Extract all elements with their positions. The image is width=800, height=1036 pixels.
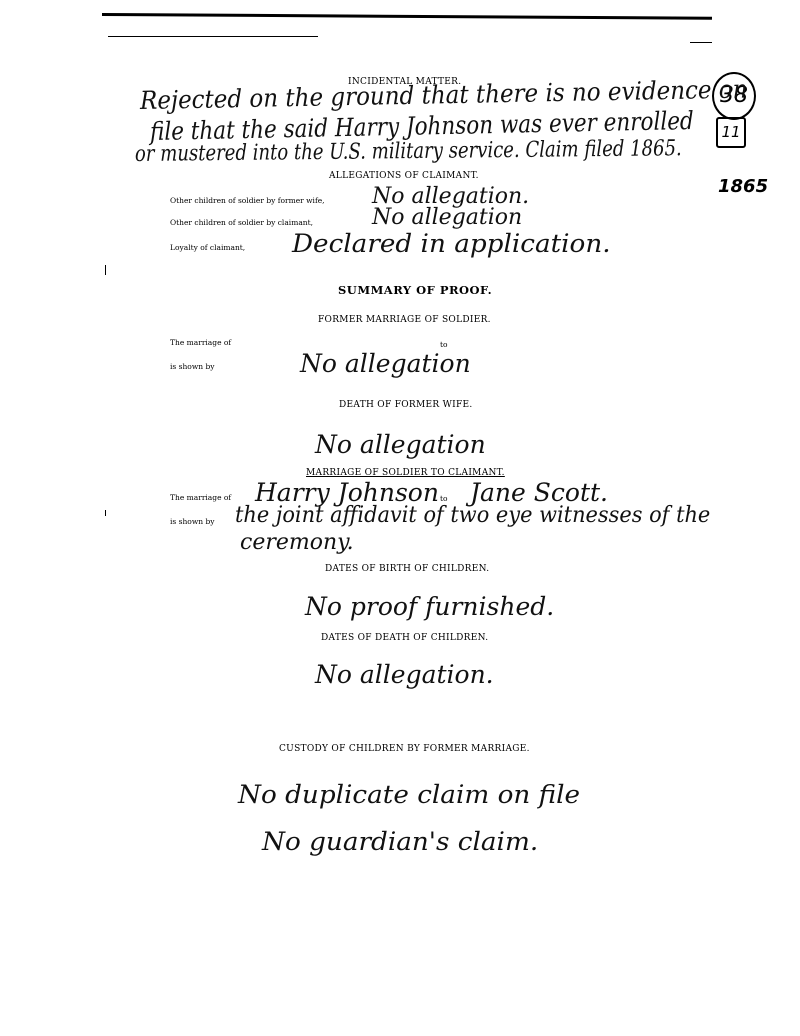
- margin-mark: [105, 510, 106, 516]
- death-former-wife-value: No allegation: [315, 430, 486, 459]
- dates-of-birth-heading: DATES OF BIRTH OF CHILDREN.: [325, 564, 489, 574]
- former-marriage-heading: FORMER MARRIAGE OF SOLDIER.: [318, 315, 491, 325]
- death-former-wife-heading: DEATH OF FORMER WIFE.: [339, 400, 473, 410]
- custody-heading: CUSTODY OF CHILDREN BY FORMER MARRIAGE.: [279, 744, 530, 754]
- allegation-value-by-claimant: No allegation: [372, 205, 522, 230]
- boxed-number: 11: [716, 117, 746, 148]
- custody-line-1: No duplicate claim on file: [238, 780, 580, 809]
- marriage-to-claimant-to-label: to: [440, 494, 448, 503]
- dates-of-death-value: No allegation.: [315, 660, 494, 689]
- former-marriage-value: No allegation: [300, 349, 471, 378]
- allegation-value-loyalty: Declared in application.: [292, 229, 611, 258]
- incidental-matter-line-3: or mustered into the U.S. military servi…: [135, 136, 682, 167]
- top-border-rule: [102, 13, 712, 20]
- allegation-label-former-wife: Other children of soldier by former wife…: [170, 196, 325, 205]
- margin-mark: [105, 265, 106, 275]
- top-secondary-rule: [108, 36, 318, 37]
- allegations-heading: ALLEGATIONS OF CLAIMANT.: [329, 171, 479, 181]
- marriage-to-claimant-label: The marriage of: [170, 493, 231, 502]
- marriage-proof-line-1: the joint affidavit of two eye witnesses…: [235, 503, 710, 528]
- dates-of-birth-value: No proof furnished.: [305, 592, 554, 621]
- former-marriage-label: The marriage of: [170, 338, 231, 347]
- marriage-to-claimant-heading: MARRIAGE OF SOLDIER TO CLAIMANT.: [306, 468, 505, 478]
- allegation-label-loyalty: Loyalty of claimant,: [170, 243, 245, 252]
- top-right-rule: [690, 42, 712, 43]
- custody-line-2: No guardian's claim.: [262, 827, 538, 856]
- former-marriage-shown-by-label: is shown by: [170, 362, 215, 371]
- allegation-label-by-claimant: Other children of soldier by claimant,: [170, 218, 313, 227]
- former-marriage-to-label: to: [440, 340, 448, 349]
- marriage-to-claimant-shown-by-label: is shown by: [170, 517, 215, 526]
- dates-of-death-heading: DATES OF DEATH OF CHILDREN.: [321, 633, 488, 643]
- year-annotation: 1865: [718, 176, 768, 197]
- marriage-proof-line-2: ceremony.: [240, 530, 354, 555]
- summary-of-proof-heading: SUMMARY OF PROOF.: [338, 283, 492, 297]
